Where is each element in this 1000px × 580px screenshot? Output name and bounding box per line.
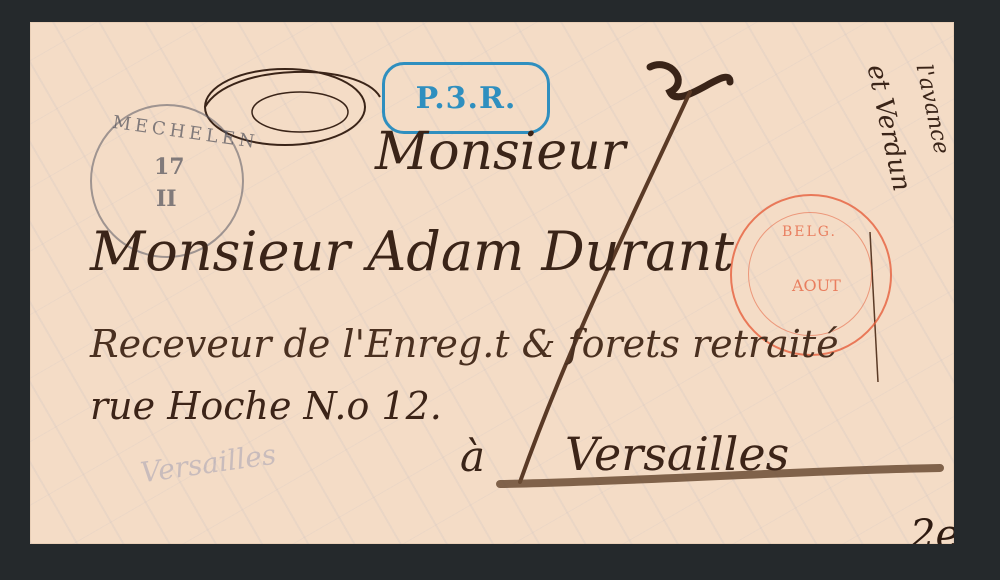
address-line-1: Monsieur xyxy=(375,122,625,182)
red-datestamp-middle: AOUT xyxy=(792,276,841,295)
address-line-2: Monsieur Adam Durant xyxy=(90,220,734,283)
datestamp-month: II xyxy=(156,186,177,212)
address-line-5-prefix: à xyxy=(460,432,485,481)
address-line-5-city: Versailles xyxy=(565,427,789,481)
address-line-3: Receveur de l'Enreg.t & forets retraité xyxy=(90,322,839,366)
letter-cover: P.3.R. MECHELEN 17 II BELG. AOUT Monsieu… xyxy=(30,22,954,544)
red-datestamp-top: BELG. xyxy=(782,224,837,240)
datestamp-day: 17 xyxy=(154,154,185,180)
corner-note: 2e xyxy=(910,512,954,544)
boxed-marking-text: P.3.R. xyxy=(416,81,517,116)
address-line-4: rue Hoche N.o 12. xyxy=(90,384,442,428)
